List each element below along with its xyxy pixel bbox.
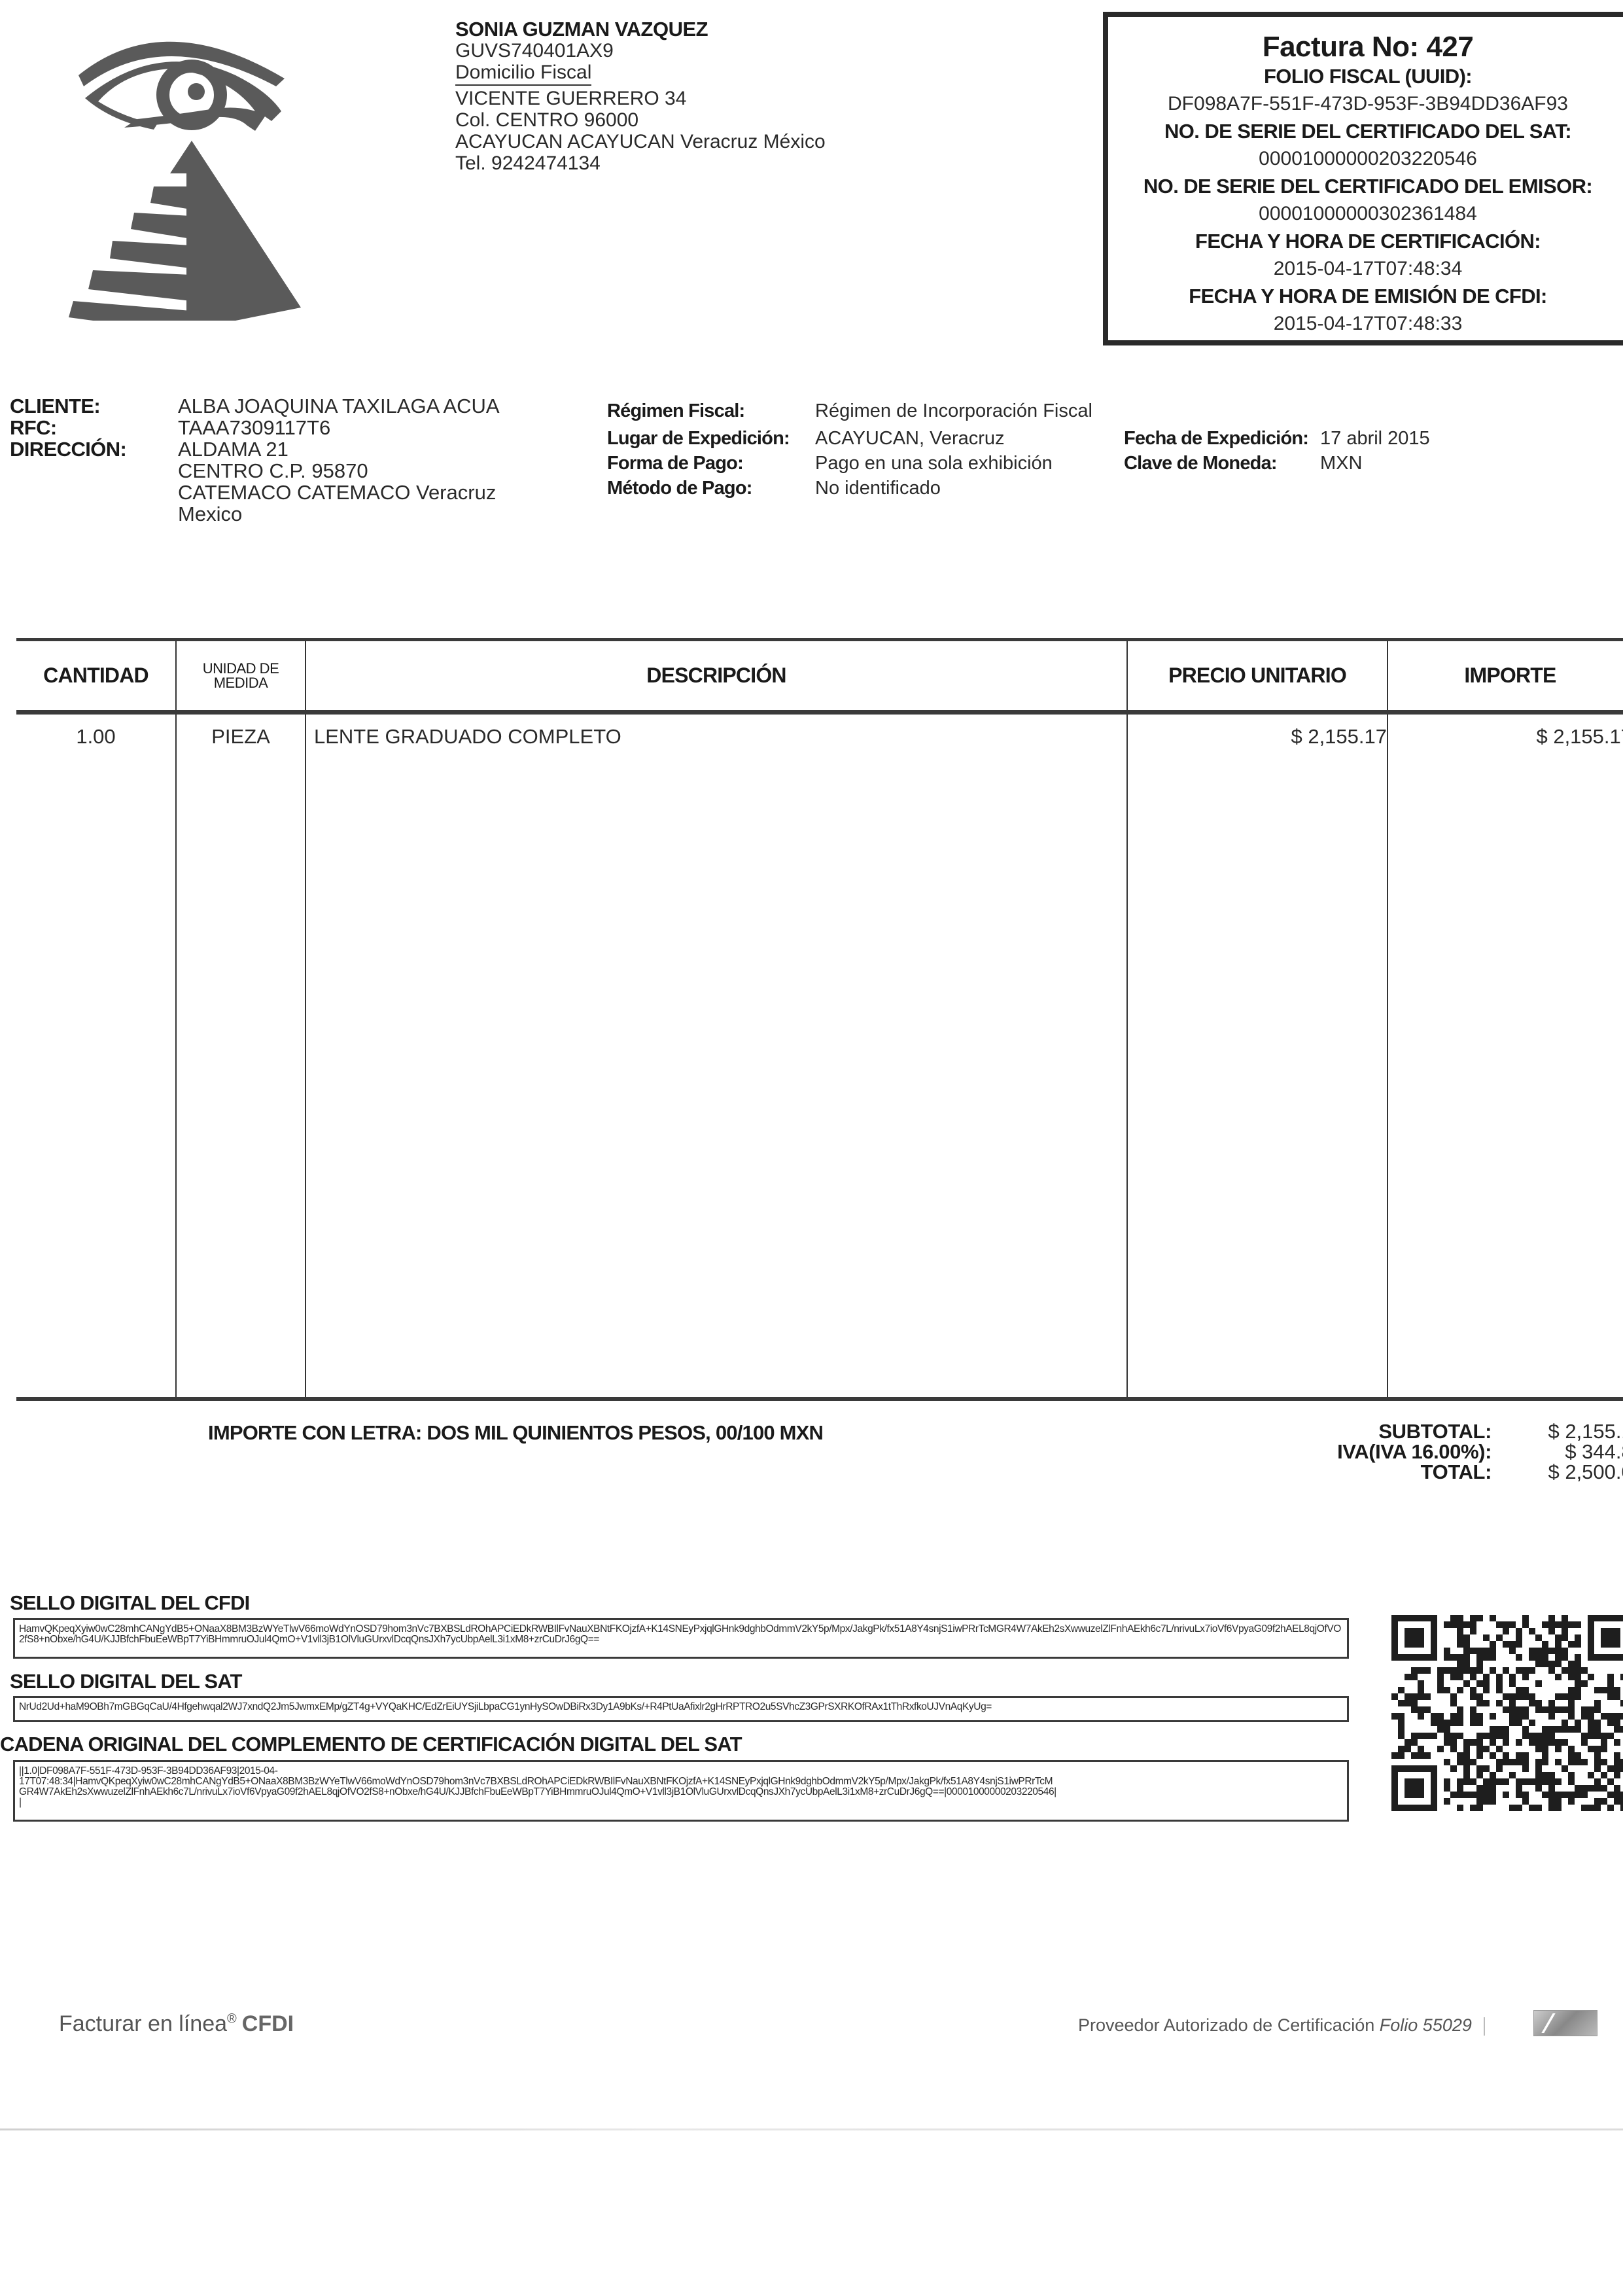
direccion-label: DIRECCIÓN:	[10, 438, 126, 460]
brand-suffix: CFDI	[242, 2011, 294, 2036]
moneda-label: Clave de Moneda:	[1124, 453, 1320, 474]
invoice-header-box: Factura No: 427 FOLIO FISCAL (UUID): DF0…	[1103, 12, 1623, 345]
emision-date-value: 2015-04-17T07:48:33	[1108, 310, 1623, 338]
qr-code-icon	[1391, 1615, 1623, 1811]
cliente-label: CLIENTE:	[10, 395, 126, 417]
cadena-line: 17T07:48:34|HamvQKpeqXyiw0wC28mhCANgYdB5…	[19, 1776, 1343, 1787]
domicilio-fiscal-label: Domicilio Fiscal	[455, 62, 591, 86]
client-address-line: ALDAMA 21	[178, 438, 500, 460]
client-values: ALBA JOAQUINA TAXILAGA ACUA TAAA7309117T…	[178, 395, 500, 525]
emitter-rfc: GUVS740401AX9	[455, 40, 826, 62]
client-address-line: CENTRO C.P. 95870	[178, 460, 500, 482]
cert-date-value: 2015-04-17T07:48:34	[1108, 255, 1623, 283]
iva-value: $ 344.83	[1533, 1441, 1623, 1462]
sat-cert-value: 00001000000203220546	[1108, 145, 1623, 173]
lugar-value: ACAYUCAN, Veracruz	[815, 428, 1124, 450]
fecha-label: Fecha de Expedición:	[1124, 428, 1320, 450]
header-descripcion: DESCRIPCIÓN	[305, 641, 1126, 710]
emitter-name: SONIA GUZMAN VAZQUEZ	[455, 18, 826, 40]
emitter-phone: Tel. 9242474134	[455, 152, 826, 174]
totals-labels: SUBTOTAL: IVA(IVA 16.00%): TOTAL:	[1191, 1421, 1492, 1482]
cadena-original-box: ||1.0|DF098A7F-551F-473D-953F-3B94DD36AF…	[13, 1760, 1349, 1822]
header-cantidad: CANTIDAD	[16, 641, 175, 710]
sello-sat-box: NrUd2Ud+haM9OBh7mGBGqCaU/4Hfgehwqal2WJ7x…	[13, 1696, 1349, 1722]
registered-mark: ®	[227, 2012, 237, 2026]
subtotal-value: $ 2,155.17	[1533, 1421, 1623, 1441]
sello-cfdi-heading: SELLO DIGITAL DEL CFDI	[10, 1591, 249, 1615]
cadena-line: ||1.0|DF098A7F-551F-473D-953F-3B94DD36AF…	[19, 1766, 1343, 1776]
total-label: TOTAL:	[1191, 1462, 1492, 1482]
subtotal-label: SUBTOTAL:	[1191, 1421, 1492, 1441]
lugar-label: Lugar de Expedición:	[607, 428, 815, 450]
pac-seal-icon	[1533, 2010, 1597, 2036]
invoice-number: Factura No: 427	[1108, 31, 1623, 63]
items-table: CANTIDAD UNIDAD DEMEDIDA DESCRIPCIÓN PRE…	[16, 638, 1623, 1401]
client-address-line: Mexico	[178, 503, 500, 525]
footer-brand: Facturar en línea®CFDI	[59, 2011, 294, 2037]
header-importe: IMPORTE	[1387, 641, 1623, 710]
cert-date-label: FECHA Y HORA DE CERTIFICACIÓN:	[1108, 228, 1623, 255]
table-bottom-rule	[16, 1397, 1623, 1401]
footer-pac: Proveedor Autorizado de Certificación Fo…	[1078, 2015, 1494, 2036]
brand-name: Facturar en línea	[59, 2011, 227, 2036]
table-row: 1.00 PIEZA LENTE GRADUADO COMPLETO $ 2,1…	[16, 715, 1623, 1397]
cadena-line: |	[19, 1797, 1343, 1808]
fecha-value: 17 abril 2015	[1320, 428, 1430, 450]
table-header-rule	[16, 710, 1623, 715]
sello-sat-heading: SELLO DIGITAL DEL SAT	[10, 1670, 242, 1693]
client-rfc: TAAA7309117T6	[178, 417, 500, 438]
scan-artifact-line	[0, 2128, 1623, 2130]
totals-values: $ 2,155.17 $ 344.83 $ 2,500.00	[1533, 1421, 1623, 1482]
forma-label: Forma de Pago:	[607, 453, 815, 474]
emisor-cert-label: NO. DE SERIE DEL CERTIFICADO DEL EMISOR:	[1108, 173, 1623, 200]
emitter-info: SONIA GUZMAN VAZQUEZ GUVS740401AX9 Domic…	[455, 18, 826, 174]
client-address-line: CATEMACO CATEMACO Veracruz	[178, 482, 500, 503]
regimen-label: Régimen Fiscal:	[607, 400, 815, 422]
uuid-value: DF098A7F-551F-473D-953F-3B94DD36AF93	[1108, 90, 1623, 118]
emitter-colonia: Col. CENTRO 96000	[455, 109, 826, 131]
metodo-value: No identificado	[815, 478, 1124, 499]
sat-cert-label: NO. DE SERIE DEL CERTIFICADO DEL SAT:	[1108, 118, 1623, 145]
row-unidad: PIEZA	[175, 715, 305, 1397]
client-labels: CLIENTE: RFC: DIRECCIÓN:	[10, 395, 126, 460]
total-value: $ 2,500.00	[1533, 1462, 1623, 1482]
row-cantidad: 1.00	[16, 715, 175, 1397]
row-precio: $ 2,155.17	[1126, 715, 1387, 1397]
iva-label: IVA(IVA 16.00%):	[1191, 1441, 1492, 1462]
table-header: CANTIDAD UNIDAD DEMEDIDA DESCRIPCIÓN PRE…	[16, 641, 1623, 710]
metodo-label: Método de Pago:	[607, 478, 815, 499]
company-logo-eye-pyramid-icon	[39, 13, 393, 321]
emisor-cert-value: 00001000000302361484	[1108, 200, 1623, 228]
pac-text: Proveedor Autorizado de Certificación	[1078, 2015, 1374, 2035]
forma-value: Pago en una sola exhibición	[815, 453, 1124, 474]
emitter-city: ACAYUCAN ACAYUCAN Veracruz México	[455, 131, 826, 152]
row-importe: $ 2,155.17	[1387, 715, 1623, 1397]
fiscal-info: Régimen Fiscal: Régimen de Incorporación…	[607, 396, 1430, 501]
emision-date-label: FECHA Y HORA DE EMISIÓN DE CFDI:	[1108, 283, 1623, 310]
sello-cfdi-box: HamvQKpeqXyiw0wC28mhCANgYdB5+ONaaX8BM3Bz…	[13, 1618, 1349, 1659]
client-name: ALBA JOAQUINA TAXILAGA ACUA	[178, 395, 500, 417]
cadena-original-heading: CADENA ORIGINAL DEL COMPLEMENTO DE CERTI…	[0, 1733, 742, 1756]
rfc-label: RFC:	[10, 417, 126, 438]
cadena-line: GR4W7AkEh2sXwwuzelZlFnhAEkh6c7L/nrivuLx7…	[19, 1787, 1343, 1797]
header-unidad-line2: MEDIDA	[203, 676, 279, 690]
row-descripcion: LENTE GRADUADO COMPLETO	[305, 715, 1126, 1397]
importe-con-letra: IMPORTE CON LETRA: DOS MIL QUINIENTOS PE…	[208, 1421, 823, 1445]
pac-folio: Folio 55029	[1380, 2015, 1472, 2035]
header-unidad-line1: UNIDAD DE	[203, 662, 279, 676]
header-unidad: UNIDAD DEMEDIDA	[175, 641, 305, 710]
emitter-street: VICENTE GUERRERO 34	[455, 88, 826, 109]
footer-divider	[1484, 2017, 1485, 2036]
header-precio: PRECIO UNITARIO	[1126, 641, 1387, 710]
regimen-value: Régimen de Incorporación Fiscal	[815, 400, 1124, 422]
uuid-label: FOLIO FISCAL (UUID):	[1108, 63, 1623, 90]
moneda-value: MXN	[1320, 453, 1362, 474]
